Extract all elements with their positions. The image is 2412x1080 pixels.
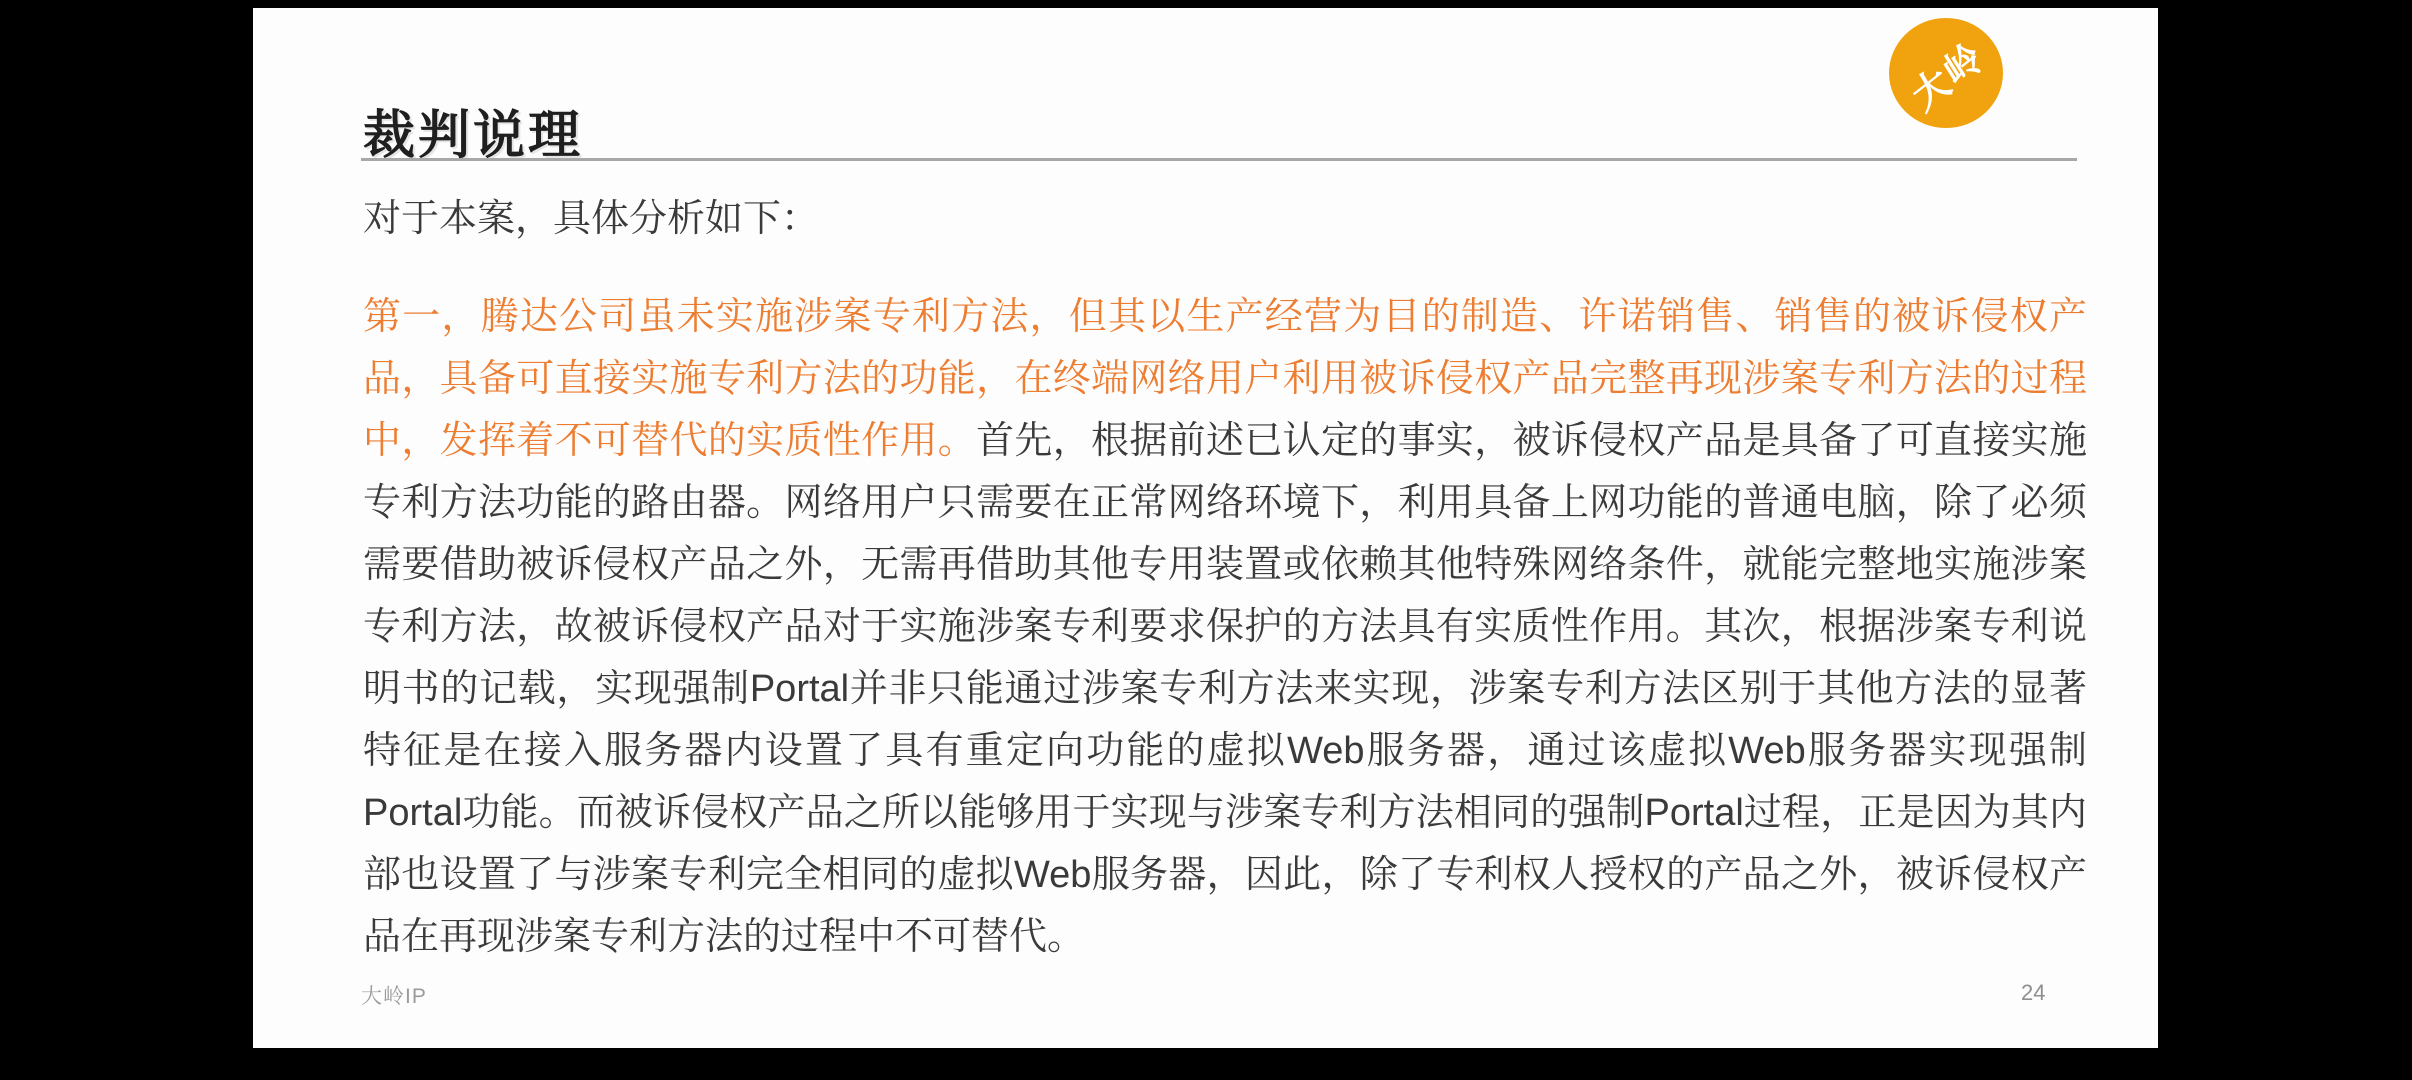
slide-body: 对于本案，具体分析如下： 第一，腾达公司虽未实施涉案专利方法，但其以生产经营为目… bbox=[363, 188, 2087, 968]
title-underline-rule bbox=[361, 158, 2077, 161]
slide-title: 裁判说理 bbox=[363, 93, 583, 168]
slide-page-number: 24 bbox=[2021, 980, 2045, 1006]
analysis-paragraph: 第一，腾达公司虽未实施涉案专利方法，但其以生产经营为目的制造、许诺销售、销售的被… bbox=[363, 286, 2087, 968]
daling-logo: 大岭 bbox=[1889, 18, 2003, 128]
daling-logo-text: 大岭 bbox=[1900, 25, 1992, 121]
analysis-body-text: 首先，根据前述已认定的事实，被诉侵权产品是具备了可直接实施专利方法功能的路由器。… bbox=[363, 420, 2087, 958]
footer-brand-label: 大岭IP bbox=[361, 980, 427, 1010]
intro-line: 对于本案，具体分析如下： bbox=[363, 188, 2087, 250]
presentation-slide: 裁判说理 大岭 对于本案，具体分析如下： 第一，腾达公司虽未实施涉案专利方法，但… bbox=[253, 8, 2158, 1048]
video-frame: { "slide": { "title": "裁判说理", "logo_text… bbox=[0, 0, 2412, 1080]
